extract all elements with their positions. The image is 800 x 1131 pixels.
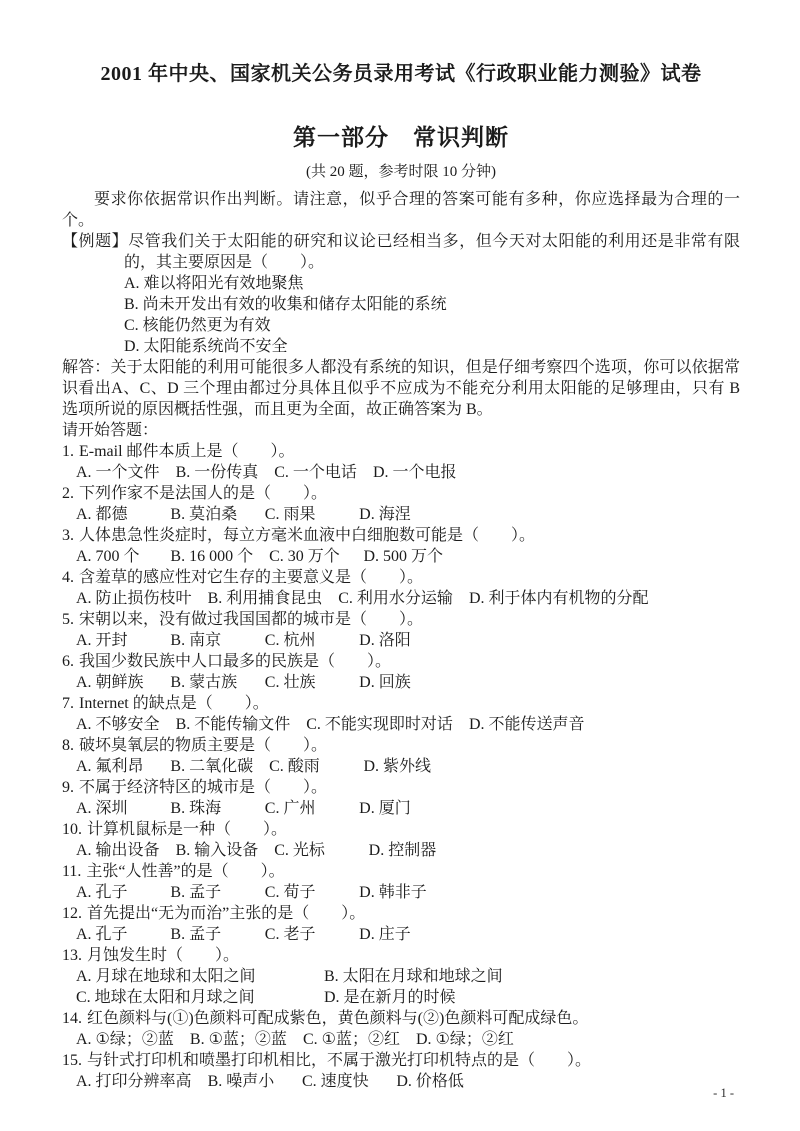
question-item: 3.人体患急性炎症时，每立方毫米血液中白细胞数可能是（ ）。A. 700 个B.… (62, 525, 740, 567)
question-number: 12. (62, 905, 82, 922)
question-options: A. 输出设备B. 输入设备C. 光标D. 控制器 (62, 840, 740, 861)
example-label: 【例题】 (62, 233, 128, 250)
question-option: C. 30 万个 (269, 546, 347, 567)
answer-text: 关于太阳能的利用可能很多人都没有系统的知识，但是仔细考察四个选项，你可以依据常识… (62, 359, 740, 418)
question-item: 13.月蚀发生时（ ）。A. 月球在地球和太阳之间B. 太阳在月球和地球之间C.… (62, 945, 740, 1008)
question-item: 9.不属于经济特区的城市是（ ）。A. 深圳B. 珠海C. 广州D. 厦门 (62, 777, 740, 819)
question-option: B. ①蓝；②蓝 (190, 1029, 287, 1050)
question-text: 人体患急性炎症时，每立方毫米血液中白细胞数可能是（ ）。 (79, 527, 535, 544)
question-item: 14.红色颜料与(①)色颜料可配成紫色，黄色颜料与(②)色颜料可配成绿色。A. … (62, 1008, 740, 1050)
question-option: D. 回族 (359, 672, 411, 693)
question-item: 1.E-mail 邮件本质上是（ ）。A. 一个文件B. 一份传真C. 一个电话… (62, 441, 740, 483)
question-stem: 9.不属于经济特区的城市是（ ）。 (62, 777, 740, 798)
question-number: 8. (62, 737, 74, 754)
question-number: 9. (62, 779, 74, 796)
question-text: 与针式打印机和喷墨打印机相比，不属于激光打印机特点的是（ ）。 (87, 1052, 591, 1069)
question-stem: 2.下列作家不是法国人的是（ ）。 (62, 483, 740, 504)
question-option: C. 老子 (265, 924, 343, 945)
question-text: 我国少数民族中人口最多的民族是（ ）。 (79, 653, 391, 670)
question-option: D. 价格低 (396, 1071, 464, 1092)
example-option: D. 太阳能系统尚不安全 (62, 336, 740, 357)
question-text: 含羞草的感应性对它生存的主要意义是（ ）。 (79, 569, 423, 586)
question-number: 7. (62, 695, 74, 712)
question-option: A. 氟利昂 (76, 756, 154, 777)
question-options: A. 深圳B. 珠海C. 广州D. 厦门 (62, 798, 740, 819)
example-options: A. 难以将阳光有效地聚焦B. 尚未开发出有效的收集和储存太阳能的系统C. 核能… (62, 273, 740, 357)
section-meta: (共 20 题，参考时限 10 分钟) (62, 163, 740, 182)
question-number: 1. (62, 443, 74, 460)
question-item: 11.主张“人性善”的是（ ）。A. 孔子B. 孟子C. 荀子D. 韩非子 (62, 861, 740, 903)
begin-prompt: 请开始答题： (62, 420, 740, 441)
question-text: 不属于经济特区的城市是（ ）。 (79, 779, 327, 796)
question-option: D. 控制器 (369, 840, 437, 861)
question-text: 计算机鼠标是一种（ ）。 (87, 821, 287, 838)
question-options: A. 朝鲜族B. 蒙古族C. 壮族D. 回族 (62, 672, 740, 693)
question-item: 2.下列作家不是法国人的是（ ）。A. 都德B. 莫泊桑C. 雨果D. 海涅 (62, 483, 740, 525)
question-item: 8.破坏臭氧层的物质主要是（ ）。A. 氟利昂B. 二氧化碳C. 酸雨D. 紫外… (62, 735, 740, 777)
question-option: B. 莫泊桑 (170, 504, 248, 525)
question-option: D. 紫外线 (363, 756, 431, 777)
question-item: 6.我国少数民族中人口最多的民族是（ ）。A. 朝鲜族B. 蒙古族C. 壮族D.… (62, 651, 740, 693)
question-option: B. 利用捕食昆虫 (208, 588, 323, 609)
page-number: - 1 - (713, 1086, 734, 1101)
question-option: B. 噪声小 (208, 1071, 286, 1092)
question-option: D. 一个电报 (373, 462, 457, 483)
question-option: A. 孔子 (76, 924, 154, 945)
question-option: D. 韩非子 (359, 882, 427, 903)
question-number: 14. (62, 1010, 82, 1027)
question-option: C. 荀子 (265, 882, 343, 903)
question-option: D. 厦门 (359, 798, 411, 819)
answer-label: 解答： (62, 359, 110, 376)
question-option: A. 防止损伤枝叶 (76, 588, 192, 609)
question-stem: 15.与针式打印机和喷墨打印机相比，不属于激光打印机特点的是（ ）。 (62, 1050, 740, 1071)
question-stem: 10.计算机鼠标是一种（ ）。 (62, 819, 740, 840)
question-option: A. 700 个 (76, 546, 154, 567)
question-options: A. 打印分辨率高B. 噪声小C. 速度快D. 价格低 (62, 1071, 740, 1092)
question-option: C. 速度快 (302, 1071, 380, 1092)
question-number: 13. (62, 947, 82, 964)
question-option: B. 南京 (170, 630, 248, 651)
example-answer: 解答：关于太阳能的利用可能很多人都没有系统的知识，但是仔细考察四个选项，你可以依… (62, 357, 740, 420)
question-option: B. 16 000 个 (170, 546, 253, 567)
question-options: A. 不够安全B. 不能传输文件C. 不能实现即时对话D. 不能传送声音 (62, 714, 740, 735)
example-paragraph: 【例题】尽管我们关于太阳能的研究和议论已经相当多，但今天对太阳能的利用还是非常有… (62, 231, 740, 273)
question-option: D. 是在新月的时候 (324, 987, 740, 1008)
question-option: B. 输入设备 (176, 840, 259, 861)
question-item: 10.计算机鼠标是一种（ ）。A. 输出设备B. 输入设备C. 光标D. 控制器 (62, 819, 740, 861)
question-stem: 5.宋朝以来，没有做过我国国都的城市是（ ）。 (62, 609, 740, 630)
question-text: 下列作家不是法国人的是（ ）。 (79, 485, 327, 502)
question-options: A. 氟利昂B. 二氧化碳C. 酸雨D. 紫外线 (62, 756, 740, 777)
question-option: A. 都德 (76, 504, 154, 525)
question-option: B. 二氧化碳 (170, 756, 253, 777)
question-option: B. 孟子 (170, 924, 248, 945)
question-options: A. 都德B. 莫泊桑C. 雨果D. 海涅 (62, 504, 740, 525)
question-option: C. 利用水分运输 (338, 588, 453, 609)
question-option: B. 太阳在月球和地球之间 (324, 966, 740, 987)
question-option: A. 朝鲜族 (76, 672, 154, 693)
question-stem: 12.首先提出“无为而治”主张的是（ ）。 (62, 903, 740, 924)
question-options: A. 防止损伤枝叶B. 利用捕食昆虫C. 利用水分运输D. 利于体内有机物的分配 (62, 588, 740, 609)
question-options: A. 孔子B. 孟子C. 荀子D. 韩非子 (62, 882, 740, 903)
question-stem: 3.人体患急性炎症时，每立方毫米血液中白细胞数可能是（ ）。 (62, 525, 740, 546)
question-options: A. 一个文件B. 一份传真C. 一个电话D. 一个电报 (62, 462, 740, 483)
question-text: Internet 的缺点是（ ）。 (79, 695, 269, 712)
question-option: C. 光标 (274, 840, 352, 861)
question-item: 15.与针式打印机和喷墨打印机相比，不属于激光打印机特点的是（ ）。A. 打印分… (62, 1050, 740, 1092)
question-options: A. ①绿；②蓝B. ①蓝；②蓝C. ①蓝；②红D. ①绿；②红 (62, 1029, 740, 1050)
document-body: 要求你依据常识作出判断。请注意，似乎合理的答案可能有多种，你应选择最为合理的一个… (62, 189, 740, 1092)
question-stem: 6.我国少数民族中人口最多的民族是（ ）。 (62, 651, 740, 672)
question-text: 主张“人性善”的是（ ）。 (86, 863, 284, 880)
question-options: A. 月球在地球和太阳之间B. 太阳在月球和地球之间C. 地球在太阳和月球之间D… (62, 966, 740, 1008)
question-item: 7.Internet 的缺点是（ ）。A. 不够安全B. 不能传输文件C. 不能… (62, 693, 740, 735)
question-option: B. 不能传输文件 (176, 714, 291, 735)
example-stem: 尽管我们关于太阳能的研究和议论已经相当多，但今天对太阳能的利用还是非常有限的，其… (124, 233, 740, 271)
question-option: C. 地球在太阳和月球之间 (76, 987, 324, 1008)
question-option: D. 500 万个 (363, 546, 443, 567)
question-text: E-mail 邮件本质上是（ ）。 (79, 443, 295, 460)
question-option: C. ①蓝；②红 (303, 1029, 400, 1050)
question-option: C. 广州 (265, 798, 343, 819)
section-instruction: 要求你依据常识作出判断。请注意，似乎合理的答案可能有多种，你应选择最为合理的一个… (62, 189, 740, 231)
question-text: 月蚀发生时（ ）。 (87, 947, 239, 964)
question-stem: 13.月蚀发生时（ ）。 (62, 945, 740, 966)
question-number: 3. (62, 527, 74, 544)
question-number: 15. (62, 1052, 82, 1069)
question-option: D. 海涅 (359, 504, 411, 525)
example-option: B. 尚未开发出有效的收集和储存太阳能的系统 (62, 294, 740, 315)
document-title: 2001 年中央、国家机关公务员录用考试《行政职业能力测验》试卷 (62, 62, 740, 87)
question-option: A. 孔子 (76, 882, 154, 903)
question-text: 红色颜料与(①)色颜料可配成紫色，黄色颜料与(②)色颜料可配成绿色。 (87, 1010, 588, 1027)
question-option: D. ①绿；②红 (416, 1029, 514, 1050)
question-text: 破坏臭氧层的物质主要是（ ）。 (79, 737, 327, 754)
question-option: A. 输出设备 (76, 840, 160, 861)
question-option: D. 利于体内有机物的分配 (469, 588, 649, 609)
question-item: 12.首先提出“无为而治”主张的是（ ）。A. 孔子B. 孟子C. 老子D. 庄… (62, 903, 740, 945)
question-item: 4.含羞草的感应性对它生存的主要意义是（ ）。A. 防止损伤枝叶B. 利用捕食昆… (62, 567, 740, 609)
question-number: 2. (62, 485, 74, 502)
example-option: A. 难以将阳光有效地聚焦 (62, 273, 740, 294)
question-number: 11. (62, 863, 81, 880)
question-number: 10. (62, 821, 82, 838)
question-option: A. 不够安全 (76, 714, 160, 735)
question-option: B. 蒙古族 (170, 672, 248, 693)
question-option: A. ①绿；②蓝 (76, 1029, 174, 1050)
question-option: D. 洛阳 (359, 630, 411, 651)
question-option: B. 珠海 (170, 798, 248, 819)
question-stem: 8.破坏臭氧层的物质主要是（ ）。 (62, 735, 740, 756)
question-option: A. 月球在地球和太阳之间 (76, 966, 324, 987)
question-stem: 7.Internet 的缺点是（ ）。 (62, 693, 740, 714)
question-options: A. 开封B. 南京C. 杭州D. 洛阳 (62, 630, 740, 651)
question-options: A. 700 个B. 16 000 个C. 30 万个D. 500 万个 (62, 546, 740, 567)
question-option: D. 不能传送声音 (469, 714, 585, 735)
question-option: D. 庄子 (359, 924, 411, 945)
question-number: 6. (62, 653, 74, 670)
question-option: A. 打印分辨率高 (76, 1071, 192, 1092)
question-stem: 14.红色颜料与(①)色颜料可配成紫色，黄色颜料与(②)色颜料可配成绿色。 (62, 1008, 740, 1029)
question-text: 首先提出“无为而治”主张的是（ ）。 (87, 905, 365, 922)
question-option: C. 壮族 (265, 672, 343, 693)
question-option: A. 开封 (76, 630, 154, 651)
question-option: B. 一份传真 (176, 462, 259, 483)
question-text: 宋朝以来，没有做过我国国都的城市是（ ）。 (79, 611, 423, 628)
question-stem: 4.含羞草的感应性对它生存的主要意义是（ ）。 (62, 567, 740, 588)
question-number: 4. (62, 569, 74, 586)
question-option: B. 孟子 (170, 882, 248, 903)
example-option: C. 核能仍然更为有效 (62, 315, 740, 336)
question-stem: 1.E-mail 邮件本质上是（ ）。 (62, 441, 740, 462)
question-option: C. 雨果 (265, 504, 343, 525)
question-stem: 11.主张“人性善”的是（ ）。 (62, 861, 740, 882)
exam-paper-page: 2001 年中央、国家机关公务员录用考试《行政职业能力测验》试卷 第一部分 常识… (0, 0, 800, 1131)
question-number: 5. (62, 611, 74, 628)
question-option: A. 一个文件 (76, 462, 160, 483)
question-item: 5.宋朝以来，没有做过我国国都的城市是（ ）。A. 开封B. 南京C. 杭州D.… (62, 609, 740, 651)
question-option: C. 一个电话 (274, 462, 357, 483)
question-options: A. 孔子B. 孟子C. 老子D. 庄子 (62, 924, 740, 945)
question-option: A. 深圳 (76, 798, 154, 819)
question-option: C. 杭州 (265, 630, 343, 651)
question-option: C. 酸雨 (269, 756, 347, 777)
questions-container: 1.E-mail 邮件本质上是（ ）。A. 一个文件B. 一份传真C. 一个电话… (62, 441, 740, 1092)
section-heading: 第一部分 常识判断 (62, 124, 740, 152)
question-option: C. 不能实现即时对话 (306, 714, 453, 735)
